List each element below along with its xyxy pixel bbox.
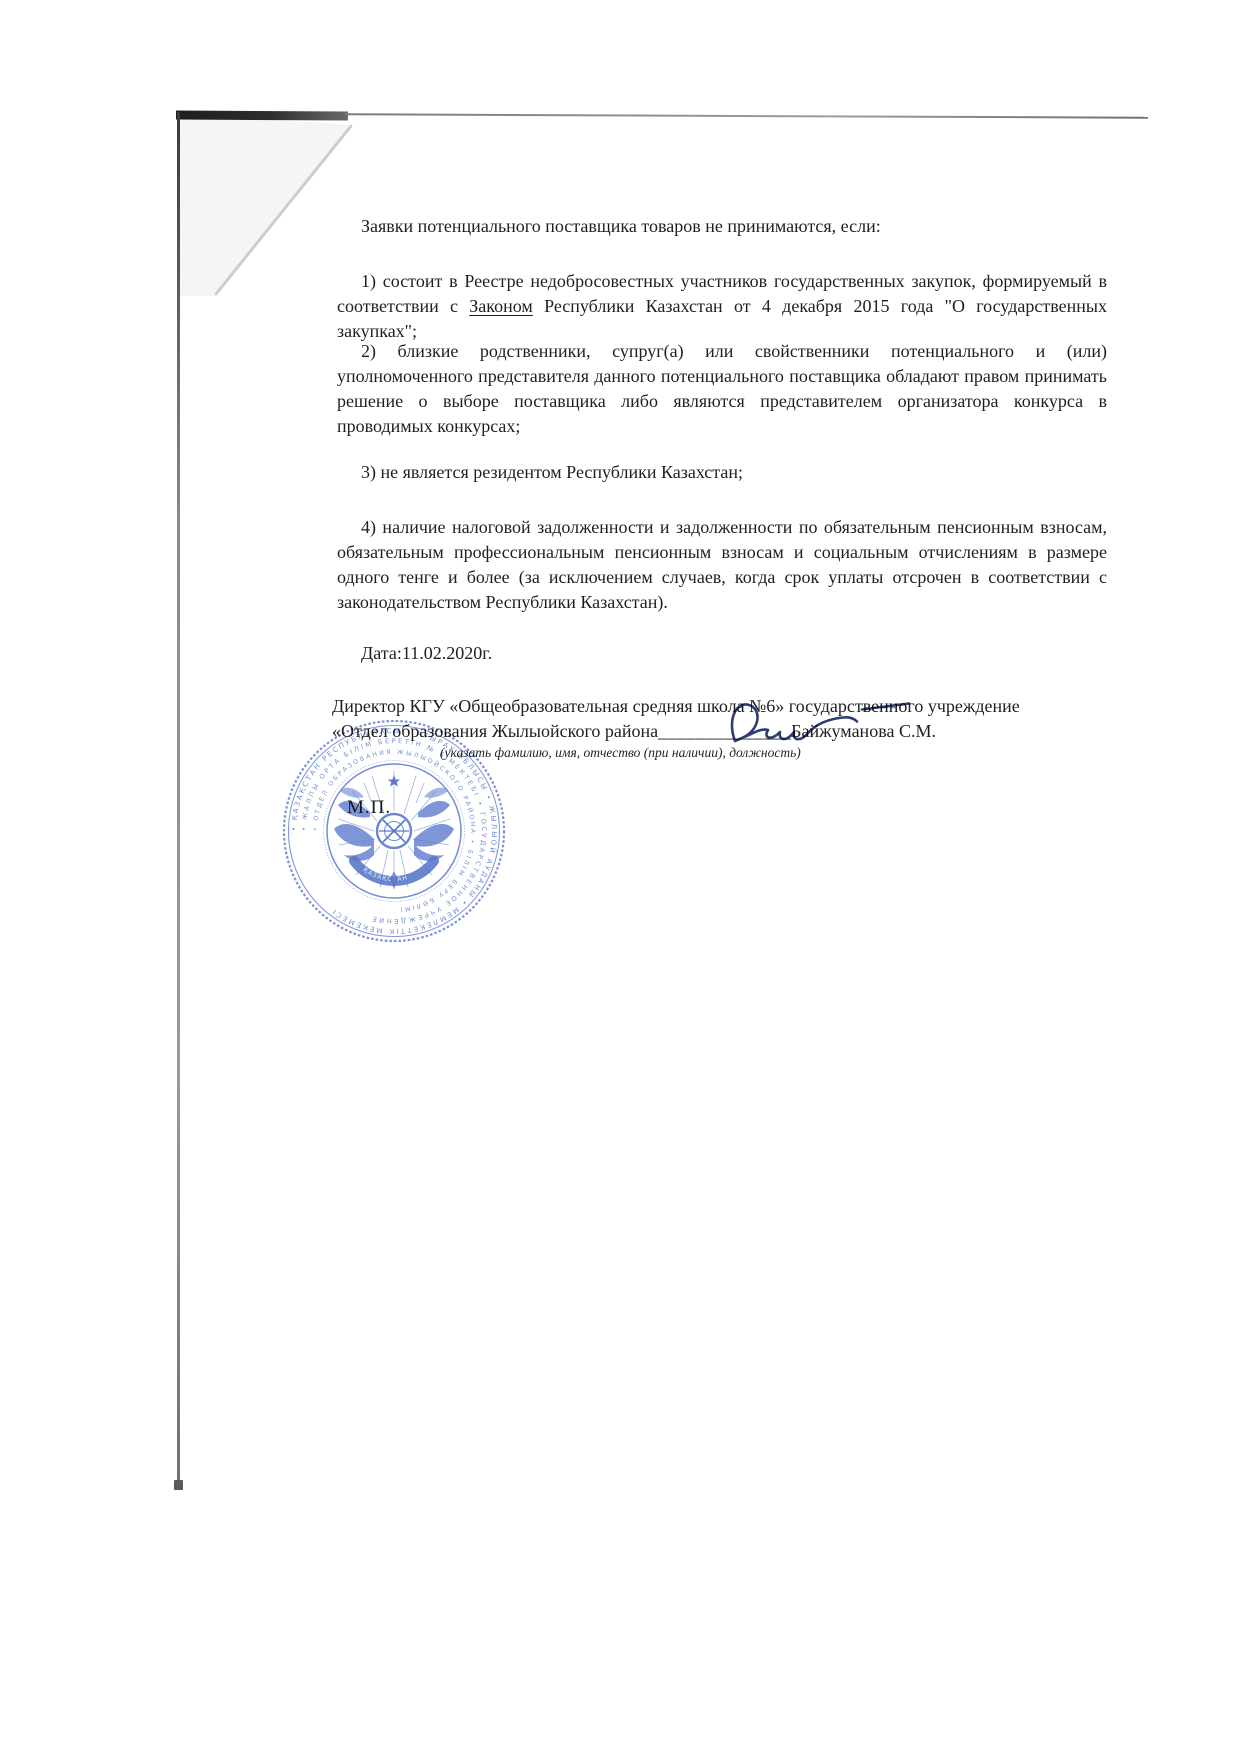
page-edge-top-dark <box>176 111 348 121</box>
item-1-law-link-text: Законом <box>469 296 533 316</box>
emblem-bottom-ornament <box>390 871 398 889</box>
page-edge-left-line <box>177 112 180 1489</box>
mp-seal-placeholder-label: М.П. <box>347 797 391 819</box>
item-2-paragraph: 2) близкие родственники, супруг(а) или с… <box>337 339 1107 439</box>
emblem-shanyrak <box>377 814 411 848</box>
item-3-paragraph: 3) не является резидентом Республики Каз… <box>337 460 1107 485</box>
seal-emblem: ҚАЗАҚСТАН <box>334 771 454 889</box>
handwritten-signature <box>690 688 950 758</box>
emblem-banner-text-holder: ҚАЗАҚСТАН <box>362 866 409 883</box>
item-4-paragraph: 4) наличие налоговой задолженности и зад… <box>337 515 1107 615</box>
date-line: Дата:11.02.2020г. <box>337 641 1107 666</box>
page-corner-shadow <box>178 114 354 296</box>
page-edge-top-line <box>345 113 1148 119</box>
official-round-seal: • ҚАЗАҚСТАН РЕСПУБЛИКАСЫ • АТЫРАУ ОБЛЫСЫ… <box>281 718 507 944</box>
signature-pen-stroke <box>862 704 909 710</box>
signature-scribble <box>732 704 857 741</box>
item-1-paragraph: 1) состоит в Реестре недобросовестных уч… <box>337 269 1107 344</box>
scanned-document-page: { "page": { "intro": "Заявки потенциальн… <box>0 0 1241 1754</box>
page-edge-bottom-nub <box>174 1480 183 1490</box>
intro-paragraph: Заявки потенциального поставщика товаров… <box>337 214 1107 239</box>
emblem-banner-text: ҚАЗАҚСТАН <box>362 866 409 883</box>
